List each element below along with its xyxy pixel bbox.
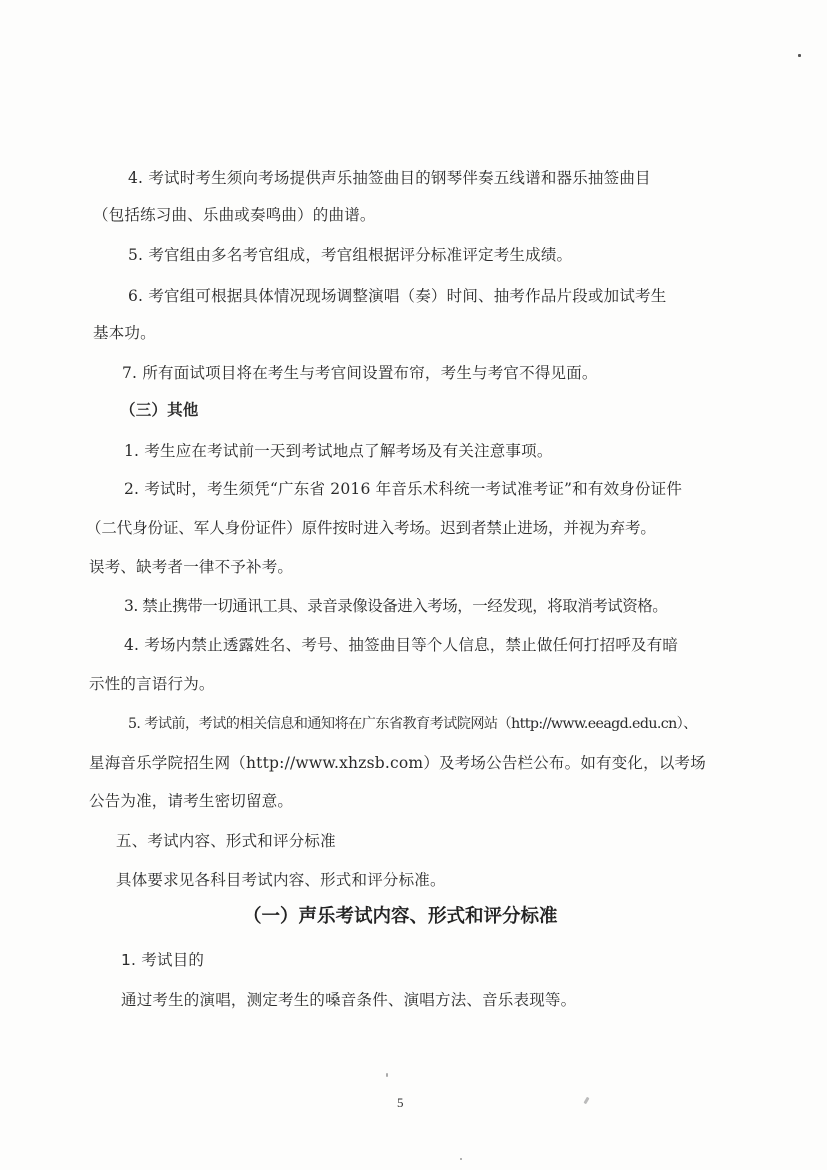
scan-speck xyxy=(583,1097,589,1105)
paragraph-other-5-line-1: 5. 考试前，考试的相关信息和通知将在广东省教育考试院网站（http://www… xyxy=(128,714,697,734)
paragraph-other-2-line-2: （二代身份证、军人身份证件）原件按时进入考场。迟到者禁止进场，并视为弃考。 xyxy=(86,518,656,538)
paragraph-other-3: 3. 禁止携带一切通讯工具、录音录像设备进入考场，一经发现，将取消考试资格。 xyxy=(124,596,667,616)
paragraph-item-6-line-2: 基本功。 xyxy=(93,323,156,343)
paragraph-other-5-line-3: 公告为准，请考生密切留意。 xyxy=(89,791,293,811)
paragraph-item-4-line-1: 4. 考试时考生须向考场提供声乐抽签曲目的钢琴伴奏五线谱和器乐抽签曲目 xyxy=(128,168,651,188)
scan-speck xyxy=(386,1073,388,1077)
section-heading-other: （三）其他 xyxy=(120,400,199,420)
paragraph-other-1: 1. 考生应在考试前一天到考试地点了解考场及有关注意事项。 xyxy=(124,441,553,461)
paragraph-item-5: 5. 考官组由多名考官组成，考官组根据评分标准评定考生成绩。 xyxy=(128,245,572,265)
paragraph-other-2-line-1: 2. 考试时，考生须凭“广东省 2016 年音乐术科统一考试准考证”和有效身份证… xyxy=(124,479,682,499)
section-five-intro: 具体要求见各科目考试内容、形式和评分标准。 xyxy=(116,870,446,890)
paragraph-other-4-line-1: 4. 考场内禁止透露姓名、考号、抽签曲目等个人信息，禁止做任何打招呼及有暗 xyxy=(124,635,678,655)
scan-speck xyxy=(798,54,801,57)
paragraph-other-5-line-2: 星海音乐学院招生网（http://www.xhzsb.com）及考场公告栏公布。… xyxy=(89,753,706,773)
paragraph-item-7: 7. 所有面试项目将在考生与考官间设置布帘，考生与考官不得见面。 xyxy=(122,363,598,383)
scan-speck xyxy=(460,1158,462,1160)
paragraph-exam-purpose: 通过考生的演唱，测定考生的嗓音条件、演唱方法、音乐表现等。 xyxy=(121,990,576,1010)
paragraph-other-4-line-2: 示性的言语行为。 xyxy=(89,674,215,694)
page-number: 5 xyxy=(397,1095,404,1111)
paragraph-item-6-line-1: 6. 考官组可根据具体情况现场调整演唱（奏）时间、抽考作品片段或加试考生 xyxy=(128,286,666,306)
subheading-exam-purpose: 1. 考试目的 xyxy=(121,950,204,970)
section-heading-five: 五、考试内容、形式和评分标准 xyxy=(116,831,336,851)
paragraph-other-2-line-3: 误考、缺考者一律不予补考。 xyxy=(89,557,293,577)
paragraph-item-4-line-2: （包括练习曲、乐曲或奏鸣曲）的曲谱。 xyxy=(93,205,376,225)
subsection-title-vocal: （一）声乐考试内容、形式和评分标准 xyxy=(243,905,558,929)
